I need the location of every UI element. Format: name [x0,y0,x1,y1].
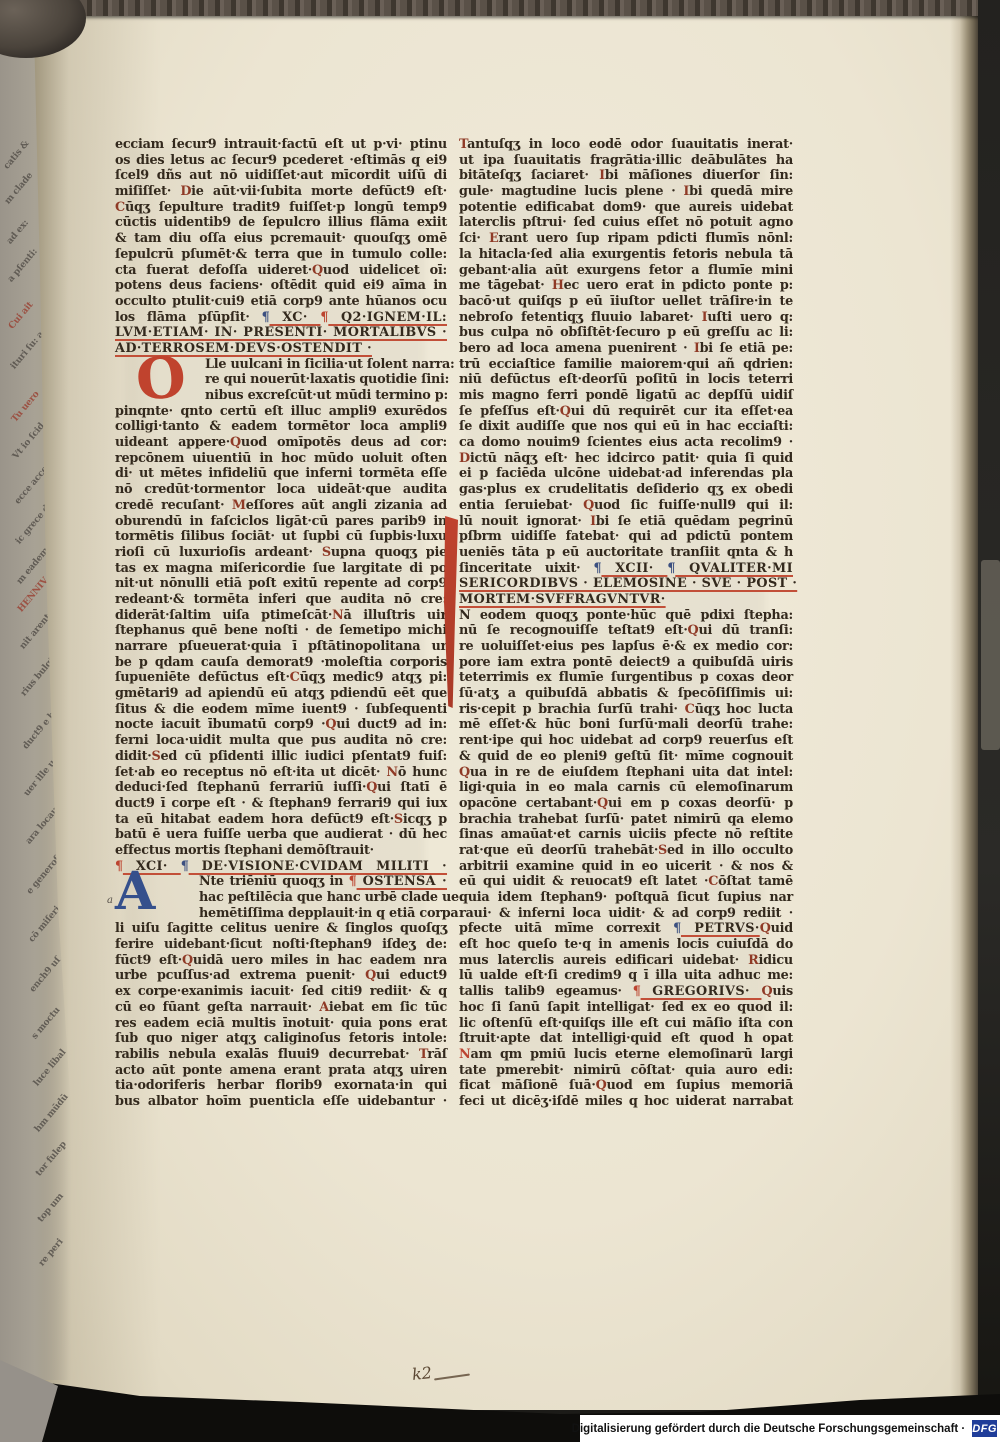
text-line: ſtruit·apte dat intelligi·quid eſt quod … [459,1031,793,1047]
text-line: tia·odoriferis herbar florib9 exornata·i… [115,1078,447,1094]
text-line: los flāma pſūpſit· ¶ XC· ¶ Q2·IGNEM·IL: [115,310,447,326]
text-line: mē eſſet·& hūc boni ſurſū·mali deorſū tr… [459,717,793,733]
text-line: nebroſo fetentiqʒ fluuio labaret· Iuſti … [459,310,793,326]
facing-page-text-fragment: s moctu [30,1005,62,1041]
text-line: lū ualde eſt·ſi credim9 q ī illa uita ad… [459,968,793,984]
text-line: & quid de eo pleni9 geſtū ſit· mīme cogn… [459,749,793,765]
text-line: feci ut dicēʒ·iſdē miles q hoc uiderat n… [459,1094,793,1110]
text-line: ſet·ab eo receptus nō eſt·ita ut dicēt· … [115,765,447,781]
text-line: re uoluiſſet·eius pes lapſus ē·& ex medi… [459,639,793,655]
text-line: opacōne certabant·Qui em p coxas deorſū·… [459,796,793,812]
text-line: ferire uidebant·ſicut noſti·ſtephan9 iſd… [115,937,447,953]
facing-page-text-fragment: Tu uero [10,390,42,425]
text-line: potens deus faciens· oſtēdit quid ei9 aī… [115,278,447,294]
text-line: os dies letus ac ſecur9 pcederet ·eſtimā… [115,153,447,169]
text-line: miſiſſet· Die aūt·vii·ſubita morte defūc… [115,184,447,200]
underlying-leaves-edge [981,560,1000,750]
text-line: li uiſu ſagitte celitus uenire & ſinglos… [115,921,447,937]
illuminated-initial-A: a A [115,867,193,919]
text-line: nū ſe recognouiſſe teſtat9 eſt·Qui dū tr… [459,623,793,639]
facing-page-text-fragment: re peri [37,1237,65,1268]
text-line: ſinceritate uixit· ¶ XCII· ¶ QVALITER·MI [459,561,793,577]
text-line: acto aūt ponte amena erant prata atqʒ ui… [115,1063,447,1079]
text-line: bero ad loca amena puenirent · Ibi ſe et… [459,341,793,357]
facing-page-text-fragment: Cui ait [7,300,35,331]
text-line: ueniēs tāta p eū auctoritate tranſiit qn… [459,545,793,561]
guide-letter: a [107,895,113,906]
text-line: deduci·ſed ſtephanū ferrariū iuſſi·Qui ſ… [115,780,447,796]
text-line: rent·ipe qui hoc uidebat ad corp9 reuerſ… [459,733,793,749]
text-column-right: Tantuſqʒ in loco eodē odor ſuauitatis in… [459,137,793,1110]
facing-page-text-fragment: ench9 uſ [28,955,63,994]
text-line: uideant appere·Quod omīpotēs deus ad cor… [115,435,447,451]
text-line: ſe pfeſſus eſt·Qui dū requirēt cur ita e… [459,404,793,420]
text-line: effectus mortis ſtephani demōſtrauit· [115,843,447,859]
text-line: didit·Sed cū pſidenti illic iudici pſent… [115,749,447,765]
dfg-credit-bar: Digitalisierung gefördert durch die Deut… [580,1415,1000,1442]
text-column-left: O a A ecciam ſecur9 intrauit·factū eſt u… [115,137,447,1110]
text-line: ſtephanus quē bene noſti · de ſemetipo m… [115,623,447,639]
text-line: brachia trahebat ſurſū· patet nimirū qa … [459,812,793,828]
text-line: cta fuerat defoſſa uideret·Quod uidelice… [115,263,447,279]
text-line: batū ē uera fuiſſe uerba que audierat · … [115,827,447,843]
text-line: ca domo nouim9 ſcientes eius acta recoli… [459,435,793,451]
text-line: urbe pcuſſus·ad extrema puenit· Qui educ… [115,968,447,984]
illuminated-initial-O: O [117,350,204,408]
facing-page-text-fragment: ituri ſu: a [9,330,46,372]
text-line: redeant·& tormēta inferi que audita nō c… [115,592,447,608]
lombard-letter: A [115,861,155,922]
text-line: nocte iacuit ībumatū corp9 ·Qui duct9 ad… [115,717,447,733]
text-line: ut ipa ſuauitatis fragrātia·illic deābul… [459,153,793,169]
text-line: Cūqʒ ſepulture tradit9 fuiſſet·p longū t… [115,200,447,216]
text-line: duct9 ī corpe eſt · & ſtephan9 ferrari9 … [115,796,447,812]
facing-page-text-fragment: nit arent [18,612,53,651]
text-line: arbitrii examine quid in eo uicerit · & … [459,859,793,875]
text-line: SERICORDIBVS · ELEMOSINE · SVE · POST · [459,576,793,592]
text-line: ſcel9 dñs aut nō uidiſſet·aut mīcordit u… [115,168,447,184]
text-line: tas ex magna miſericordie ſue largitate … [115,561,447,577]
facing-page-text-fragment: luce libal [32,1048,68,1089]
text-line: nō credūt·tormentor loca uideāt·que audi… [115,482,447,498]
facing-page-text-fragment: cō miſeri [27,905,63,945]
text-line: ſe dixit audiſſe que nos qui eū in hac e… [459,419,793,435]
text-line: tate pmerebit· nimirū cōſtat· quia auro … [459,1063,793,1079]
text-line: res eadem eciā multis īnotuit· quia pons… [115,1016,447,1032]
facing-page-text-fragment: Vt io ſcid [11,421,47,461]
text-line: eū qui uidit & reuocat9 eſt latet ·Cōſta… [459,874,793,890]
text-line: hoc ſi ſanū ſapit intelligat· ſed ex eo … [459,1000,793,1016]
text-line: teterrimis ex flumīe ſurgentibus p coxas… [459,670,793,686]
facing-page-text-fragment: hm mūdū [33,1092,71,1134]
text-line: pore iam extra pontē deiect9 a quibuſdā … [459,655,793,671]
text-line: ris·cepit p brachia ſurſū trahi· Cūqʒ ho… [459,702,793,718]
text-line: ex corpe·exanimis iacuit· ſed citi9 redi… [115,984,447,1000]
text-line: credē recuſant· Meſſores aūt angli zizan… [115,498,447,514]
text-line: ſitus & die eodem mīme iuent9 · ſubſeque… [115,702,447,718]
signature-flourish [434,1374,470,1381]
text-line: ferni loca·uidit multa que pus audita nō… [115,733,447,749]
text-line: di· ut mētes infideliū que inferni tormē… [115,466,447,482]
text-line: oburendū in faſciclos ligāt·cū pares par… [115,514,447,530]
text-line: entia ſeruiebat· Quod ſic fuiſſe·null9 q… [459,498,793,514]
text-line: narrare pſueuerat·quia ī pſtātinopolitan… [115,639,447,655]
text-line: MORTEM·SVFFRAGVNTVR· [459,592,793,608]
text-line: pfecte uitā mīme correxit ¶ PETRVS·Quid [459,921,793,937]
text-line: ſub quo niger atqʒ caliginoſus fetoris i… [115,1031,447,1047]
facing-page-text-fragment: tor fulep [34,1140,69,1179]
text-line: la hitacla·ſed alia exurgentis fetoris n… [459,247,793,263]
text-line: occulto ptulit·cui9 etiā corp9 ante hūan… [115,294,447,310]
facing-page-text-fragment: catis & [2,139,31,171]
text-line: quia idem ſtephan9· poſtquā ſicut ſupius… [459,890,793,906]
scanned-book-spread: O a A ecciam ſecur9 intrauit·factū eſt u… [0,0,1000,1442]
text-line: tormētis ſilibus ſociāt· ut ſupbi cū ſup… [115,529,447,545]
text-line: bacō·ut quiſqs p eū īiuſtor uellet trāſi… [459,294,793,310]
text-line: niū defūctus eſt·deorſū poſitū in locis … [459,372,793,388]
text-line: & tam diu oſſa eius pcremauit· quouſqʒ o… [115,231,447,247]
text-line: ſinas amaūat·et carnis uiciis pfecte nō … [459,827,793,843]
quire-signature-mark: k2 [411,1363,433,1384]
text-line: gmētari9 ad apiendū eū atqʒ pdiendū eēt … [115,686,447,702]
text-line: me tāgebat· Hec uero erat in pdicto pont… [459,278,793,294]
text-line: Tantuſqʒ in loco eodē odor ſuauitatis in… [459,137,793,153]
text-line: gebant·alia aūt exurgens fetor a flumīe … [459,263,793,279]
facing-page-text-fragment: m clade [3,171,35,207]
text-line: ta eū hitabat eadem hora defūct9 eſt·Sic… [115,812,447,828]
text-line: ecciam ſecur9 intrauit·factū eſt ut p·vi… [115,137,447,153]
text-line: ficat māſionē ſuā·Quod em ſupius memoriā [459,1078,793,1094]
text-line: bus albator hoīm puenticla eſſe uidebant… [115,1094,447,1110]
text-line: ſū·atʒ a quibuſdā abbatis & ſpecōſiſſimi… [459,686,793,702]
text-line: Nam qm pmiū lucis eterne elemoſinarū lar… [459,1047,793,1063]
text-line: laterclis pſtrui· ſed cuius eſſet nō pot… [459,215,793,231]
text-line: ligi·quia in eo mala carnis cū elemoſina… [459,780,793,796]
text-line: mis magno ferri pondē ligatū ac depſſū u… [459,388,793,404]
text-line: mus laterclis aureis edificari uidebat· … [459,953,793,969]
dfg-logo: DFG [972,1420,997,1437]
digitization-credit-text: Digitalisierung gefördert durch die Deut… [572,1423,966,1435]
text-line: tallis talib9 egeamus· ¶ GREGORIVS· Quis [459,984,793,1000]
text-line: fūct9 eſt·Quidā uero miles in hac eadem … [115,953,447,969]
text-line: gule· magtudine lucis plene · Ibi quedā … [459,184,793,200]
text-line: lū nouit ignorat· Ibi ſe etiā quēdam peg… [459,514,793,530]
facing-page-text-fragment: top um [36,1192,66,1225]
text-line: ei p faciēda ulcōne uidebat·ad inferenda… [459,466,793,482]
text-line: gas·plus ex crudelitatis deſiderio qʒ ex… [459,482,793,498]
text-line: rabilis nebula exalās fluui9 decurrebat·… [115,1047,447,1063]
text-line: Qua in re de eiuſdem ſtephani uita dat i… [459,765,793,781]
book-top-page-edges [0,0,1000,16]
text-line: ſepulcrū pſumēt·& terra que in tumulo co… [115,247,447,263]
text-line: N eodem quoqʒ ponte·hūc quē pdixi ſtepha… [459,608,793,624]
facing-page-text-fragment: ad ex: [5,218,31,246]
text-line: trū ecciaſtice familie maiorem·qui añ qd… [459,357,793,373]
text-line: bitāteſqʒ ſaciaret· Ibi māſiones diuerſo… [459,168,793,184]
text-line: nit·ut nōnulli etiā poſt exitū repente a… [115,576,447,592]
page-block-fore-edge [950,14,978,1404]
text-line: repcōnem uiuentiū in hoc mūdo uoluit oſt… [115,451,447,467]
text-line: LVM·ETIAM· IN· PRESENTI· MORTALIBVS · [115,325,447,341]
text-line: ſupueniēte defūctus eſt·Cūqʒ medic9 atqʒ… [115,670,447,686]
text-line: colligi·tanto & eadem tormētor loca ampl… [115,419,447,435]
text-line: cū eo fūant geſta narrauit· Aiebat em ſi… [115,1000,447,1016]
text-line: lic oſtenſū eſt·quiſqs ille eſt cui māſi… [459,1016,793,1032]
text-line: cūctis uidentib9 de ſepulcro illius flām… [115,215,447,231]
facing-page-text-fragment: uer ille u [22,758,58,798]
text-line: pſbrm uidiſſe fatebat· qui ad pdictū pon… [459,529,793,545]
text-line: ſci· Erant uero ſup ripam pdicti flumīs … [459,231,793,247]
text-line: bus culpa nō obſiſtēt·ſecuro p eū greſſu… [459,325,793,341]
text-line: be p qdam cauſa demorat9 ·moleſtia corpo… [115,655,447,671]
text-line: potentie edificabat dom9· que aureis uid… [459,200,793,216]
text-line: rioſi cū luxurioſis ardeant· Supna quoqʒ… [115,545,447,561]
facing-page-text-fragment: a pſenti: [6,247,40,284]
text-line: raui· & inferni loca uidit· & ad corp9 r… [459,906,793,922]
text-line: rat·que eū deorſū trahebāt·Sed in illo o… [459,843,793,859]
text-line: eſt hoc queſo te·q in amenis locis cuiuſ… [459,937,793,953]
book-page: O a A ecciam ſecur9 intrauit·factū eſt u… [30,14,978,1410]
text-line: diderāt·ſaltim uiſa ptimeſcāt·Nā illuſtr… [115,608,447,624]
text-line: Dictū nāqʒ eſt· hec idcirco patit· quia … [459,451,793,467]
